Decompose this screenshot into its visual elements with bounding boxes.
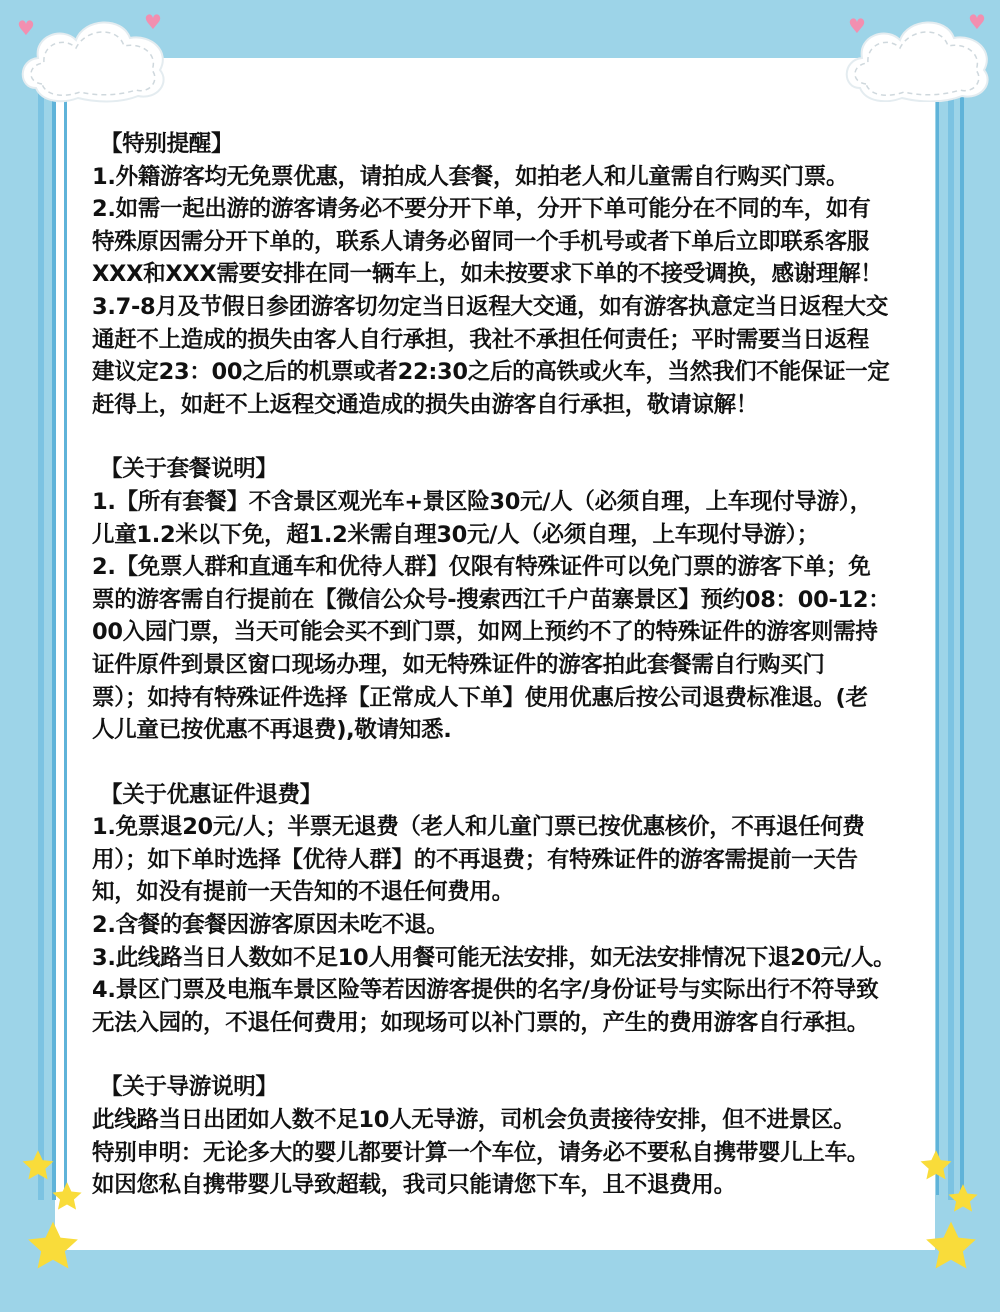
section-title: 【特别提醒】 xyxy=(92,128,922,161)
text-line: 如因您私自携带婴儿导致超载，我司只能请您下车，且不退费用。 xyxy=(92,1169,922,1202)
left-border-stripe xyxy=(64,95,67,1195)
notice-content: 【特别提醒】 1.外籍游客均无免票优惠，请拍成人套餐，如拍老人和儿童需自行购买门… xyxy=(92,128,922,1234)
star-icon xyxy=(24,1218,82,1276)
right-border-stripe xyxy=(960,90,964,1200)
text-line: 儿童1.2米以下免，超1.2米需自理30元/人（必须自理，上车现付导游）； xyxy=(92,519,922,552)
star-icon xyxy=(922,1218,980,1276)
star-icon xyxy=(50,1180,84,1214)
text-line: 2.如需一起出游的游客请务必不要分开下单，分开下单可能分在不同的车，如有 xyxy=(92,193,922,226)
heart-icon: ♥ xyxy=(17,18,35,38)
section-title: 【关于优惠证件退费】 xyxy=(92,779,922,812)
text-line: 4.景区门票及电瓶车景区险等若因游客提供的名字/身份证号与实际出行不符导致 xyxy=(92,974,922,1007)
left-border-stripe xyxy=(38,90,44,1200)
text-line: 用）；如下单时选择【优待人群】的不再退费；有特殊证件的游客需提前一天告 xyxy=(92,844,922,877)
text-line: 1.【所有套餐】不含景区观光车+景区险30元/人（必须自理，上车现付导游）， xyxy=(92,486,922,519)
text-line: 证件原件到景区窗口现场办理，如无特殊证件的游客拍此套餐需自行购买门 xyxy=(92,649,922,682)
text-line: 3.7-8月及节假日参团游客切勿定当日返程大交通，如有游客执意定当日返程大交 xyxy=(92,291,922,324)
heart-icon: ♥ xyxy=(968,12,986,32)
right-border-stripe xyxy=(936,95,939,1195)
section-title: 【关于套餐说明】 xyxy=(92,453,922,486)
text-line: 2.【免票人群和直通车和优待人群】仅限有特殊证件可以免门票的游客下单；免 xyxy=(92,551,922,584)
star-icon xyxy=(946,1182,980,1216)
text-line: 此线路当日出团如人数不足10人无导游，司机会负责接待安排，但不进景区。 xyxy=(92,1104,922,1137)
section-special-reminder: 【特别提醒】 1.外籍游客均无免票优惠，请拍成人套餐，如拍老人和儿童需自行购买门… xyxy=(92,128,922,421)
heart-icon: ♥ xyxy=(144,12,162,32)
section-title: 【关于导游说明】 xyxy=(92,1071,922,1104)
left-border-stripe xyxy=(52,90,56,1200)
text-line: 00入园门票，当天可能会买不到门票，如网上预约不了的特殊证件的游客则需持 xyxy=(92,616,922,649)
text-line: 1.免票退20元/人；半票无退费（老人和儿童门票已按优惠核价，不再退任何费 xyxy=(92,811,922,844)
text-line: 知，如没有提前一天告知的不退任何费用。 xyxy=(92,876,922,909)
star-icon xyxy=(20,1148,56,1184)
heart-icon: ♥ xyxy=(848,16,866,36)
text-line: XXX和XXX需要安排在同一辆车上，如未按要求下单的不接受调换，感谢理解！ xyxy=(92,258,922,291)
section-package-info: 【关于套餐说明】 1.【所有套餐】不含景区观光车+景区险30元/人（必须自理，上… xyxy=(92,453,922,746)
text-line: 票）；如持有特殊证件选择【正常成人下单】使用优惠后按公司退费标准退。(老 xyxy=(92,682,922,715)
text-line: 通赶不上造成的损失由客人自行承担，我社不承担任何责任；平时需要当日返程 xyxy=(92,324,922,357)
text-line: 3.此线路当日人数如不足10人用餐可能无法安排，如无法安排情况下退20元/人。 xyxy=(92,942,922,975)
text-line: 特殊原因需分开下单的，联系人请务必留同一个手机号或者下单后立即联系客服 xyxy=(92,226,922,259)
right-border-stripe xyxy=(948,90,954,1200)
text-line: 赶得上，如赶不上返程交通造成的损失由游客自行承担，敬请谅解！ xyxy=(92,389,922,422)
star-icon xyxy=(918,1148,954,1184)
text-line: 2.含餐的套餐因游客原因未吃不退。 xyxy=(92,909,922,942)
text-line: 票的游客需自行提前在【微信公众号-搜索西江千户苗寨景区】预约08：00-12： xyxy=(92,584,922,617)
text-line: 建议定23：00之后的机票或者22:30之后的高铁或火车，当然我们不能保证一定 xyxy=(92,356,922,389)
text-line: 无法入园的，不退任何费用；如现场可以补门票的，产生的费用游客自行承担。 xyxy=(92,1007,922,1040)
text-line: 特别申明：无论多大的婴儿都要计算一个车位，请务必不要私自携带婴儿上车。 xyxy=(92,1137,922,1170)
section-discount-refund: 【关于优惠证件退费】 1.免票退20元/人；半票无退费（老人和儿童门票已按优惠核… xyxy=(92,779,922,1040)
text-line: 1.外籍游客均无免票优惠，请拍成人套餐，如拍老人和儿童需自行购买门票。 xyxy=(92,161,922,194)
section-guide-info: 【关于导游说明】 此线路当日出团如人数不足10人无导游，司机会负责接待安排，但不… xyxy=(92,1071,922,1201)
text-line: 人儿童已按优惠不再退费),敬请知悉. xyxy=(92,714,922,747)
